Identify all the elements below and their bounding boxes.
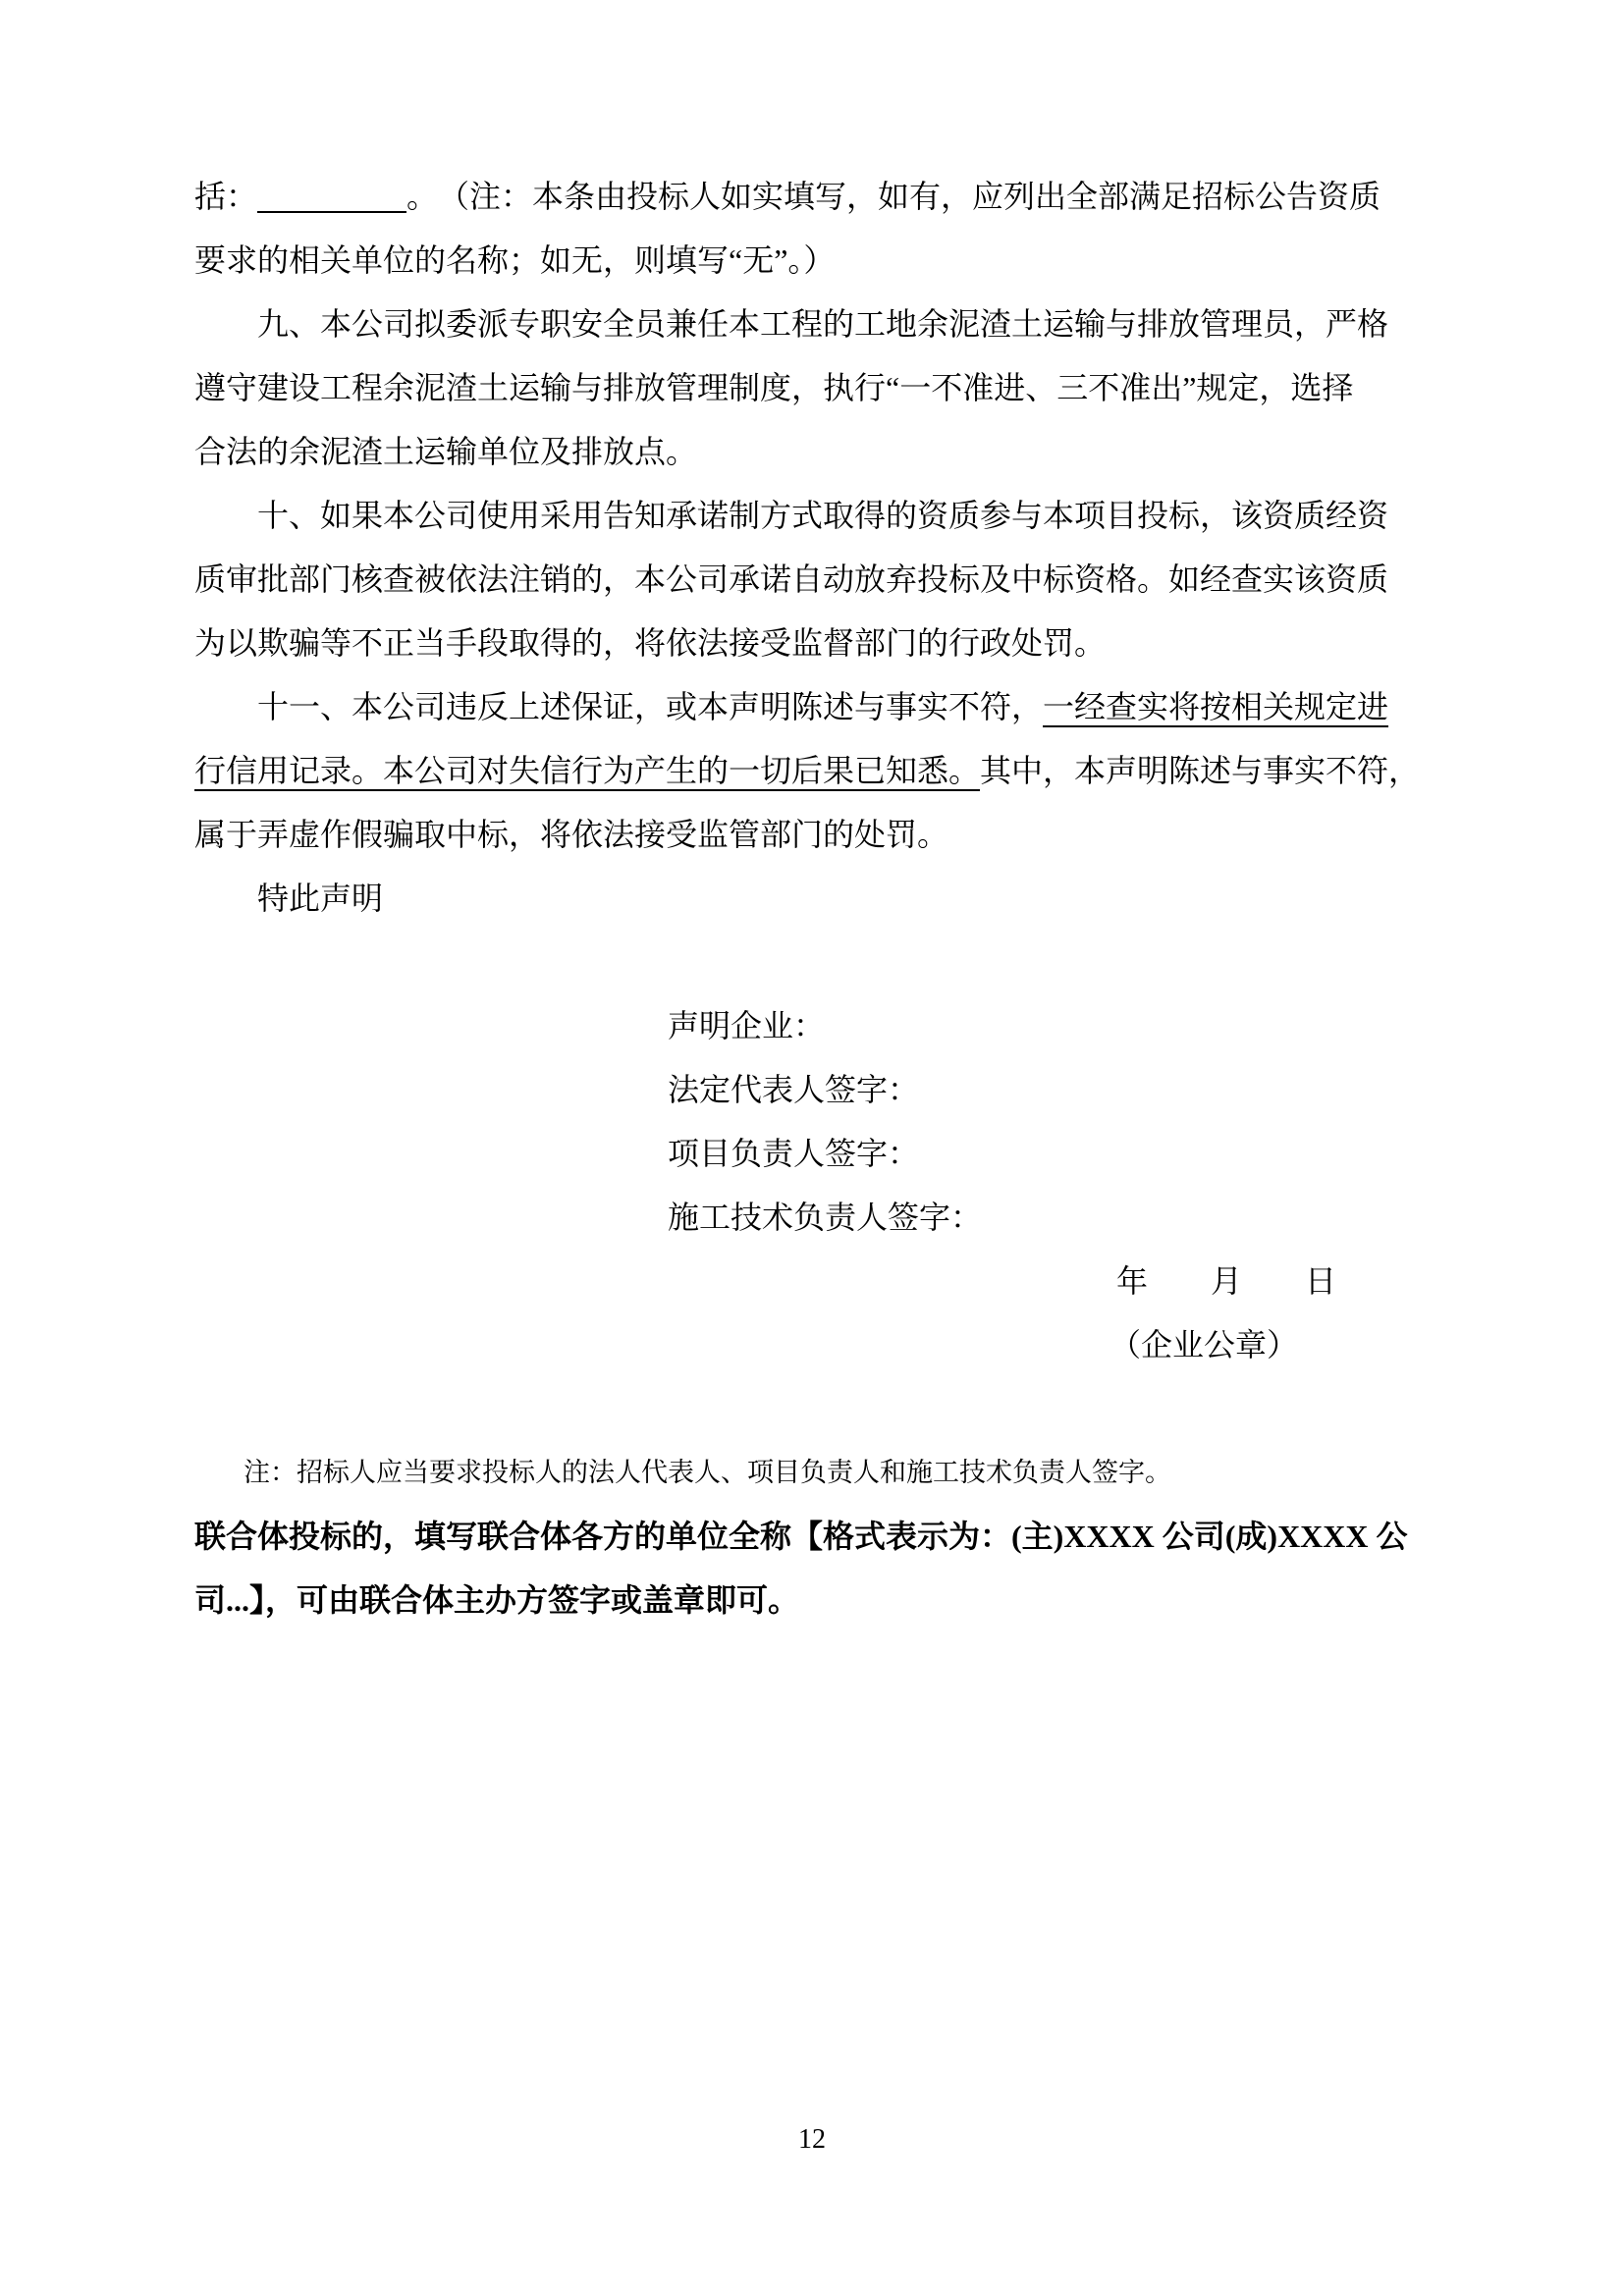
date-line: 年 月 日 [194, 1250, 1430, 1313]
paragraph-ten-line-2: 质审批部门核查被依法注销的，本公司承诺自动放弃投标及中标资格。如经查实该资质 [194, 548, 1430, 612]
paragraph-nine-line-2: 遵守建设工程余泥渣土运输与排放管理制度，执行“一不准进、三不准出”规定，选择 [194, 356, 1430, 420]
signature-project-manager-label: 项目负责人签字： [194, 1122, 1430, 1186]
joint-venture-note-line-1: 联合体投标的，填写联合体各方的单位全称【格式表示为：(主)XXXX 公司(成)X… [194, 1505, 1430, 1569]
bold-text: 联合体投标的，填写联合体各方的单位全称【格式表示为：(主)XXXX 公司(成)X… [194, 1519, 1408, 1554]
underlined-clause: 一经查实将按相关规定进 [1043, 689, 1388, 724]
signature-company-label: 声明企业： [194, 994, 1430, 1058]
body-text: 九、本公司拟委派专职安全员兼任本工程的工地余泥渣土运输与排放管理员，严格 [257, 306, 1388, 342]
body-text: 为以欺骗等不正当手段取得的，将依法接受监督部门的行政处罚。 [194, 625, 1106, 661]
paragraph-eleven-line-2: 行信用记录。本公司对失信行为产生的一切后果已知悉。其中，本声明陈述与事实不符， [194, 739, 1430, 803]
body-text: 遵守建设工程余泥渣土运输与排放管理制度，执行“一不准进、三不准出”规定，选择 [194, 370, 1353, 405]
signature-tech-manager-label: 施工技术负责人签字： [194, 1186, 1430, 1250]
paragraph-eleven-line-3: 属于弄虚作假骗取中标，将依法接受监管部门的处罚。 [194, 803, 1430, 867]
body-text: 十、如果本公司使用采用告知承诺制方式取得的资质参与本项目投标，该资质经资 [257, 498, 1388, 533]
joint-venture-note-line-2: 司...】，可由联合体主办方签字或盖章即可。 [194, 1569, 1430, 1632]
paragraph-nine-line-1: 九、本公司拟委派专职安全员兼任本工程的工地余泥渣土运输与排放管理员，严格 [194, 293, 1430, 356]
body-text: 其中，本声明陈述与事实不符， [980, 753, 1420, 788]
body-text: 项目负责人签字： [668, 1136, 919, 1171]
underlined-clause: 行信用记录。本公司对失信行为产生的一切后果已知悉。 [194, 753, 980, 788]
note-text: 注：招标人应当要求投标人的法人代表人、项目负责人和施工技术负责人签字。 [244, 1458, 1171, 1487]
body-line: 要求的相关单位的名称；如无，则填写“无”。） [194, 229, 1430, 293]
bold-text: 司...】，可由联合体主办方签字或盖章即可。 [194, 1582, 799, 1618]
page-number: 12 [0, 2120, 1624, 2160]
declaration-line: 特此声明 [194, 867, 1430, 931]
body-text: 质审批部门核查被依法注销的，本公司承诺自动放弃投标及中标资格。如经查实该资质 [194, 561, 1388, 597]
company-seal-label: （企业公章） [194, 1313, 1430, 1377]
paragraph-ten-line-3: 为以欺骗等不正当手段取得的，将依法接受监督部门的行政处罚。 [194, 612, 1430, 675]
body-text: 施工技术负责人签字： [668, 1200, 982, 1235]
body-text: 括： [194, 179, 257, 214]
body-text: 年 月 日 [1116, 1263, 1336, 1299]
fill-in-blank [257, 180, 406, 213]
body-text: 声明企业： [668, 1008, 825, 1043]
paragraph-ten-line-1: 十、如果本公司使用采用告知承诺制方式取得的资质参与本项目投标，该资质经资 [194, 484, 1430, 548]
body-text: 合法的余泥渣土运输单位及排放点。 [194, 434, 697, 469]
paragraph-eleven-line-1: 十一、本公司违反上述保证，或本声明陈述与事实不符，一经查实将按相关规定进 [194, 675, 1430, 739]
body-text: 属于弄虚作假骗取中标，将依法接受监管部门的处罚。 [194, 817, 948, 852]
body-text: 。 （注：本条由投标人如实填写，如有，应列出全部满足招标公告资质 [406, 179, 1380, 214]
blank-line [194, 931, 1430, 994]
signature-legal-rep-label: 法定代表人签字： [194, 1058, 1430, 1122]
body-text: 法定代表人签字： [668, 1072, 919, 1107]
body-line-continuation: 括：。 （注：本条由投标人如实填写，如有，应列出全部满足招标公告资质 [194, 165, 1430, 229]
body-text: 特此声明 [257, 881, 383, 916]
note-line: 注：招标人应当要求投标人的法人代表人、项目负责人和施工技术负责人签字。 [194, 1441, 1430, 1505]
body-text: 十一、本公司违反上述保证，或本声明陈述与事实不符， [257, 689, 1043, 724]
document-body: 括：。 （注：本条由投标人如实填写，如有，应列出全部满足招标公告资质 要求的相关… [194, 165, 1430, 1632]
document-page: 括：。 （注：本条由投标人如实填写，如有，应列出全部满足招标公告资质 要求的相关… [0, 0, 1624, 2296]
blank-line [194, 1377, 1430, 1441]
paragraph-nine-line-3: 合法的余泥渣土运输单位及排放点。 [194, 420, 1430, 484]
body-text: 要求的相关单位的名称；如无，则填写“无”。） [194, 242, 835, 278]
body-text: （企业公章） [1110, 1327, 1298, 1362]
